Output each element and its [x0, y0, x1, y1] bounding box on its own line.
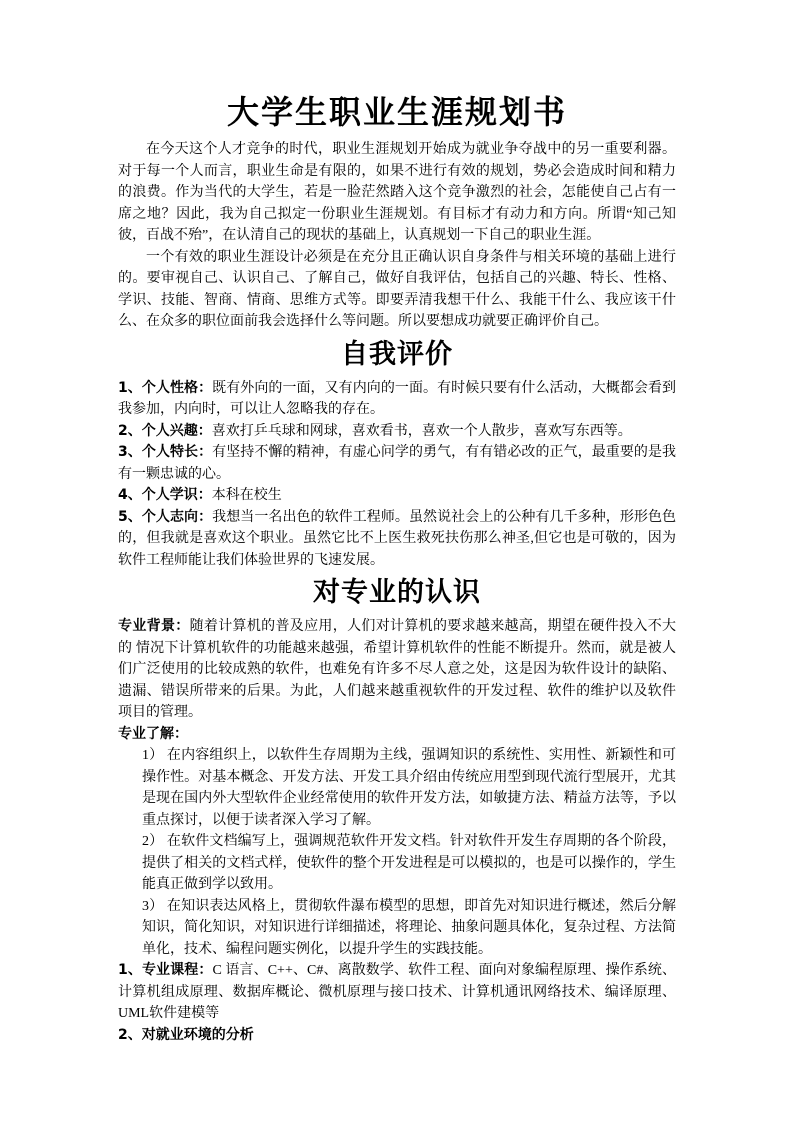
self-eval-text-interests: 喜欢打乒乓球和网球，喜欢看书，喜欢一个人散步，喜欢写东西等。	[212, 424, 632, 439]
self-eval-text-education: 本科在校生	[212, 488, 282, 503]
major-knowledge-item-2: 2） 在软件文档编写上，强调规范软件开发文档。针对软件开发生存周期的各个阶段，提…	[142, 831, 676, 896]
self-eval-label-strengths: 3、个人特长：	[118, 444, 212, 460]
major-background-paragraph: 专业背景：随着计算机的普及应用，人们对计算机的要求越来越高，期望在硬件投入不大的…	[118, 616, 676, 724]
major-courses-paragraph: 1、专业课程：C 语言、C++、C#、离散数学、软件工程、面向对象编程原理、操作…	[118, 960, 676, 1025]
major-background-label: 专业背景：	[118, 618, 190, 634]
section-heading-major-understanding: 对专业的认识	[118, 575, 676, 611]
self-eval-label-interests: 2、个人兴趣：	[118, 423, 212, 439]
major-knowledge-label-line: 专业了解：	[118, 724, 676, 746]
major-knowledge-label: 专业了解：	[118, 726, 188, 742]
self-eval-label-aspiration: 5、个人志向：	[118, 509, 212, 525]
major-knowledge-item-3: 3） 在知识表达风格上，贯彻软件瀑布模型的思想，即首先对知识进行概述，然后分解知…	[142, 896, 676, 961]
section-heading-self-evaluation: 自我评价	[118, 337, 676, 373]
self-eval-item-strengths: 3、个人特长：有坚持不懈的精神，有虚心问学的勇气，有有错必改的正气，最重要的是我…	[118, 442, 676, 485]
self-eval-item-education: 4、个人学识：本科在校生	[118, 485, 676, 507]
intro-paragraph-2: 一个有效的职业生涯设计必须是在充分且正确认识自身条件与相关环境的基础上进行的。要…	[118, 247, 676, 333]
self-eval-item-interests: 2、个人兴趣：喜欢打乒乓球和网球，喜欢看书，喜欢一个人散步，喜欢写东西等。	[118, 421, 676, 443]
major-background-text: 随着计算机的普及应用，人们对计算机的要求越来越高，期望在硬件投入不大的 情况下计…	[118, 619, 676, 720]
self-eval-label-education: 4、个人学识：	[118, 487, 212, 503]
document-title: 大学生职业生涯规划书	[118, 90, 676, 134]
intro-paragraph-1: 在今天这个人才竞争的时代，职业生涯规划开始成为就业争夺战中的另一重要利器。对于每…	[118, 139, 676, 247]
major-employment-analysis-heading: 2、对就业环境的分析	[118, 1025, 676, 1047]
self-eval-item-aspiration: 5、个人志向：我想当一名出色的软件工程师。虽然说社会上的公种有几千多种，形形色色…	[118, 507, 676, 572]
document-page: 大学生职业生涯规划书 在今天这个人才竞争的时代，职业生涯规划开始成为就业争夺战中…	[0, 0, 793, 1122]
major-courses-label: 1、专业课程：	[118, 962, 212, 978]
major-knowledge-item-1: 1） 在内容组织上，以软件生存周期为主线，强调知识的系统性、实用性、新颖性和可操…	[142, 745, 676, 831]
self-eval-label-personality: 1、个人性格：	[118, 380, 212, 396]
self-eval-item-personality: 1、个人性格：既有外向的一面，又有内向的一面。有时候只要有什么活动，大概都会看到…	[118, 378, 676, 421]
